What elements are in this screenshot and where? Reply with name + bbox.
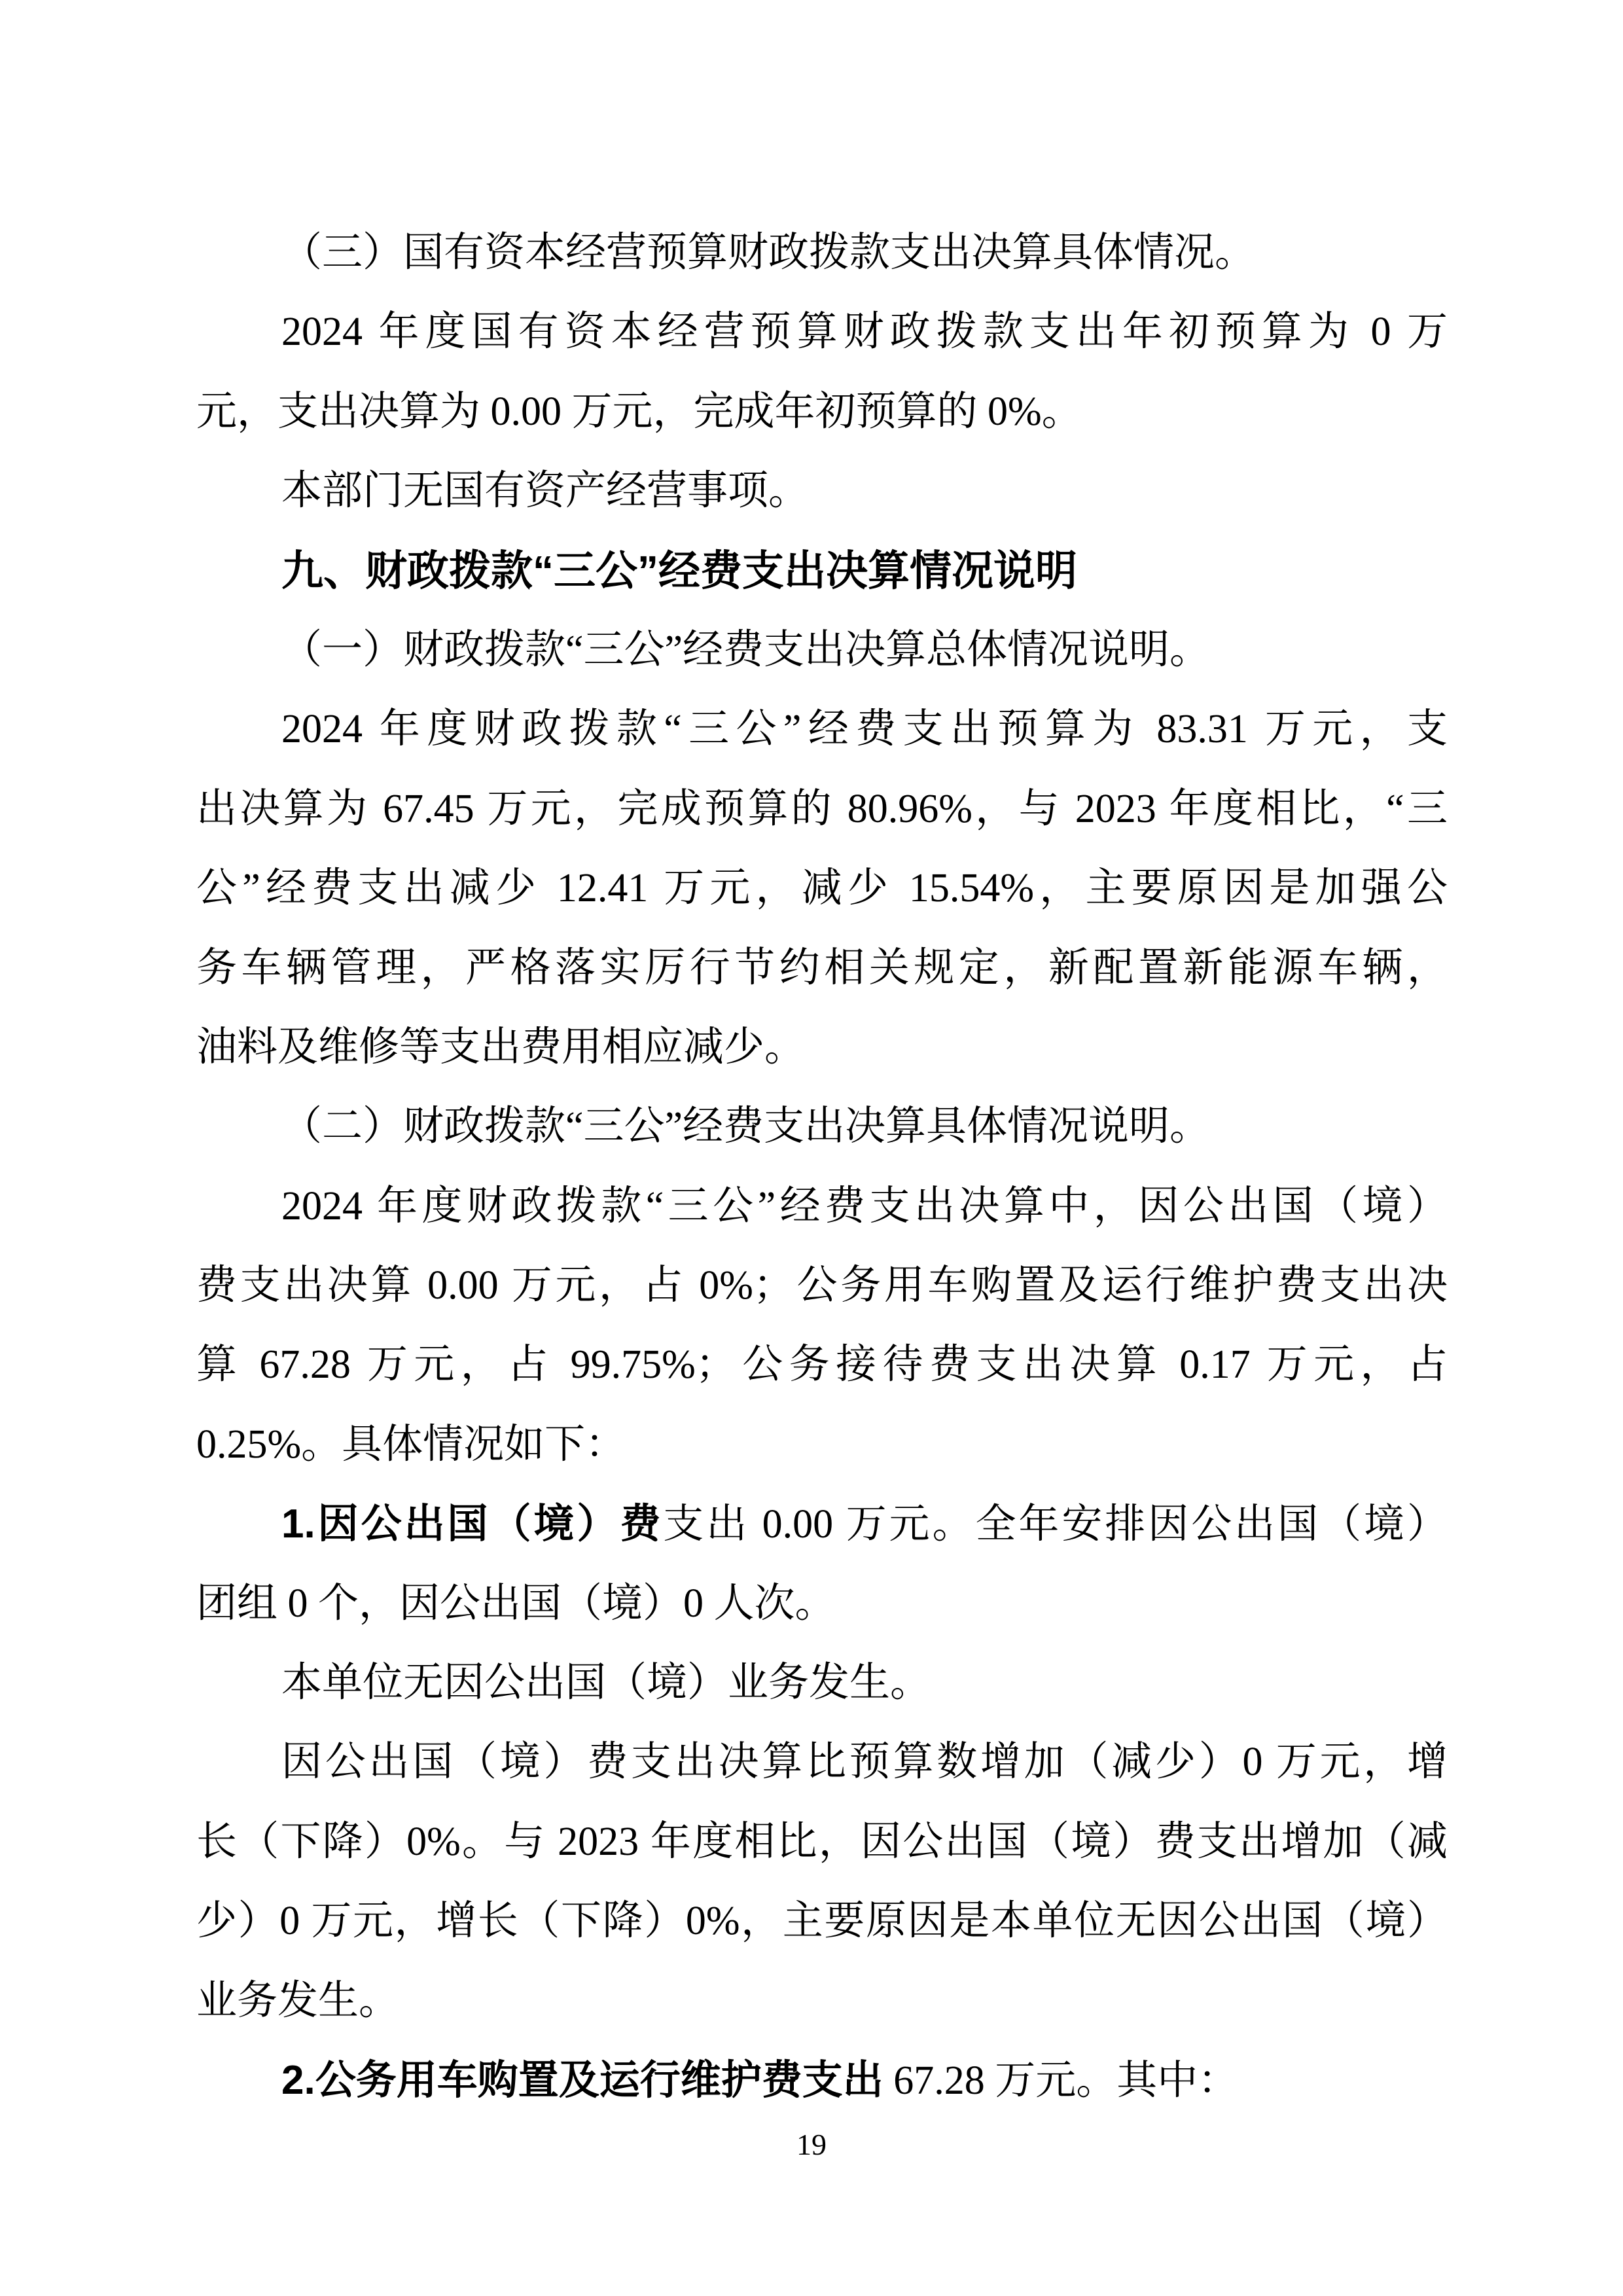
doc-line-7: 2024 年度财政拨款“三公”经费支出预算为 83.31 万元，支	[196, 690, 1448, 769]
doc-line-3: 元，支出决算为 0.00 万元，完成年初预算的 0%。	[196, 372, 1448, 452]
doc-line-24: 2.公务用车购置及运行维护费支出 67.28 万元。其中：	[196, 2041, 1448, 2120]
bold-run: 1.因公出国（境）费	[281, 1501, 663, 1547]
doc-line-18: 团组 0 个，因公出国（境）0 人次。	[196, 1564, 1448, 1643]
doc-line-2: 2024 年度国有资本经营预算财政拨款支出年初预算为 0 万	[196, 293, 1448, 372]
doc-line-4: 本部门无国有资产经营事项。	[196, 452, 1448, 531]
doc-line-11: 油料及维修等支出费用相应减少。	[196, 1008, 1448, 1087]
doc-line-13: 2024 年度财政拨款“三公”经费支出决算中，因公出国（境）	[196, 1167, 1448, 1246]
doc-line-6: （一）财政拨款“三公”经费支出决算总体情况说明。	[196, 611, 1448, 690]
doc-line-12: （二）财政拨款“三公”经费支出决算具体情况说明。	[196, 1087, 1448, 1166]
document-page: （三）国有资本经营预算财政拨款支出决算具体情况。 2024 年度国有资本经营预算…	[0, 0, 1623, 2296]
doc-line-23: 业务发生。	[196, 1962, 1448, 2041]
doc-line-17: 1.因公出国（境）费支出 0.00 万元。全年安排因公出国（境）	[196, 1484, 1448, 1564]
doc-line-8: 出决算为 67.45 万元，完成预算的 80.96%，与 2023 年度相比，“…	[196, 770, 1448, 849]
document-body: （三）国有资本经营预算财政拨款支出决算具体情况。 2024 年度国有资本经营预算…	[196, 213, 1448, 2120]
doc-line-9: 公”经费支出减少 12.41 万元，减少 15.54%，主要原因是加强公	[196, 849, 1448, 928]
heading-section-nine: 九、财政拨款“三公”经费支出决算情况说明	[196, 531, 1448, 611]
doc-line-20: 因公出国（境）费支出决算比预算数增加（减少）0 万元，增	[196, 1723, 1448, 1802]
text-run: 支出 0.00 万元。全年安排因公出国（境）	[663, 1502, 1448, 1547]
doc-line-10: 务车辆管理，严格落实厉行节约相关规定，新配置新能源车辆，	[196, 929, 1448, 1008]
page-number: 19	[0, 2125, 1623, 2164]
doc-line-16: 0.25%。具体情况如下：	[196, 1405, 1448, 1484]
bold-run: 2.公务用车购置及运行维护费支出	[281, 2058, 883, 2103]
doc-line-1: （三）国有资本经营预算财政拨款支出决算具体情况。	[196, 213, 1448, 293]
text-run: 67.28 万元。其中：	[883, 2058, 1239, 2103]
doc-line-15: 算 67.28 万元，占 99.75%；公务接待费支出决算 0.17 万元，占	[196, 1325, 1448, 1405]
doc-line-19: 本单位无因公出国（境）业务发生。	[196, 1643, 1448, 1723]
doc-line-21: 长（下降）0%。与 2023 年度相比，因公出国（境）费支出增加（减	[196, 1803, 1448, 1882]
doc-line-14: 费支出决算 0.00 万元，占 0%；公务用车购置及运行维护费支出决	[196, 1246, 1448, 1325]
doc-line-22: 少）0 万元，增长（下降）0%，主要原因是本单位无因公出国（境）	[196, 1882, 1448, 1961]
